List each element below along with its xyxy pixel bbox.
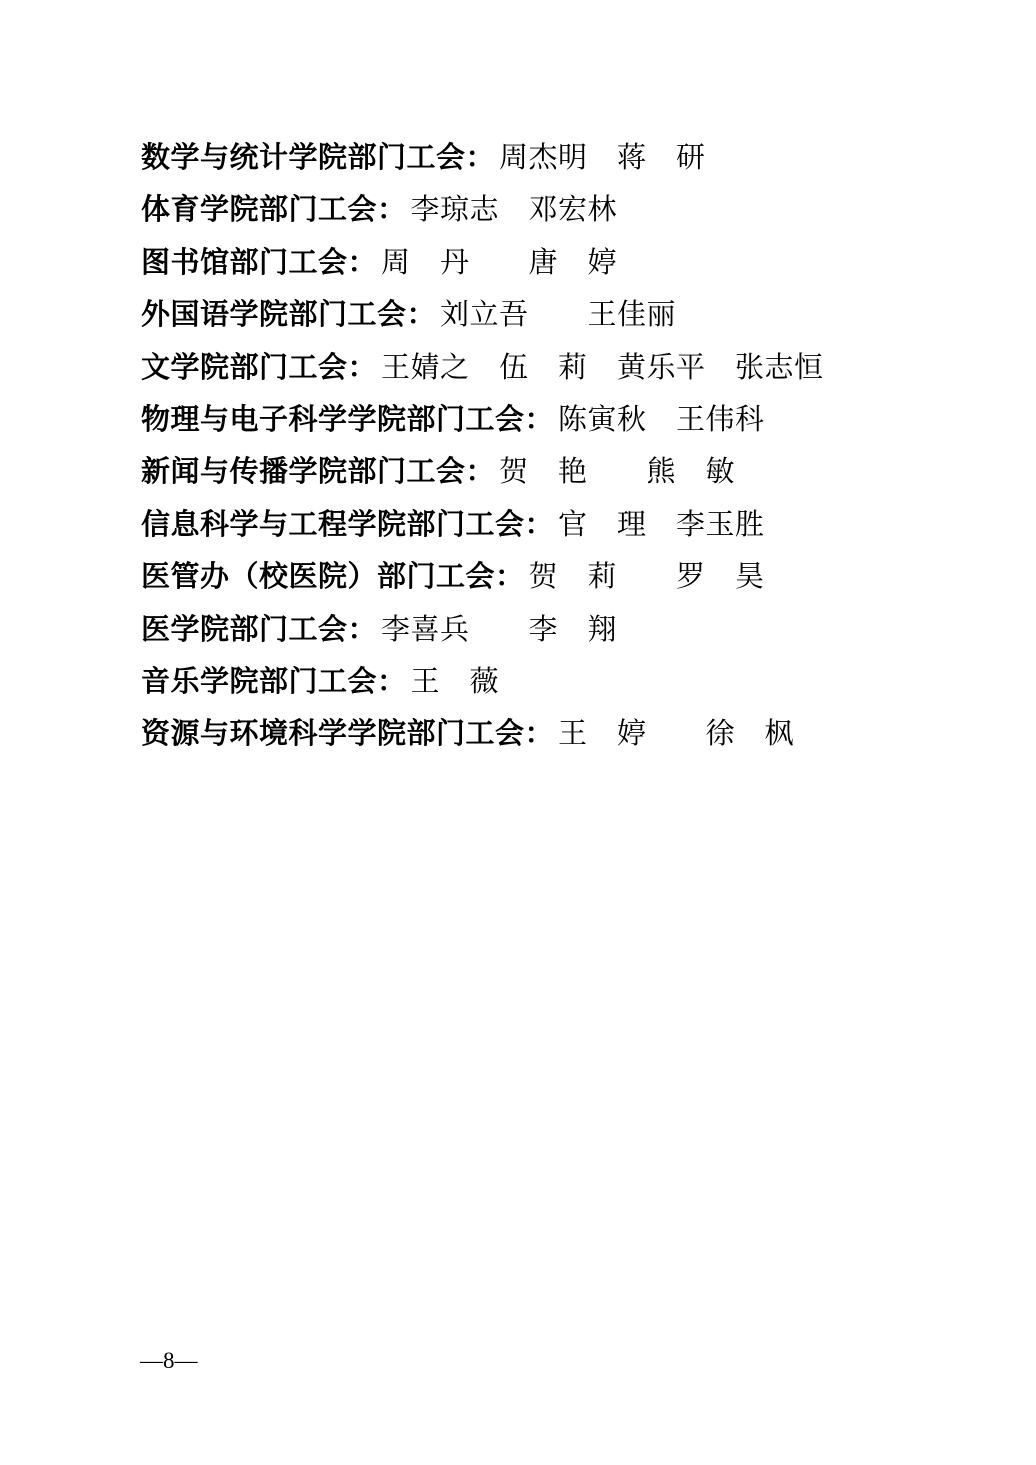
union-entry-row: 数学与统计学院部门工会：周杰明 蒋 研 bbox=[141, 132, 941, 184]
union-members: 陈寅秋 王伟科 bbox=[558, 404, 765, 436]
document-page: 数学与统计学院部门工会：周杰明 蒋 研 体育学院部门工会：李琼志 邓宏林 图书馆… bbox=[0, 0, 1036, 1465]
union-members: 李喜兵 李 翔 bbox=[381, 614, 617, 646]
union-label: 音乐学院部门工会： bbox=[141, 666, 407, 698]
union-label: 体育学院部门工会： bbox=[141, 194, 407, 226]
union-label: 医学院部门工会： bbox=[141, 614, 377, 646]
page-footer: —8— bbox=[140, 1348, 198, 1374]
union-label: 外国语学院部门工会： bbox=[141, 299, 436, 331]
union-entry-row: 音乐学院部门工会：王 薇 bbox=[141, 656, 941, 708]
union-entry-row: 外国语学院部门工会：刘立吾 王佳丽 bbox=[141, 289, 941, 341]
union-label: 信息科学与工程学院部门工会： bbox=[141, 509, 554, 541]
union-entry-row: 图书馆部门工会：周 丹 唐 婷 bbox=[141, 237, 941, 289]
union-members: 周杰明 蒋 研 bbox=[499, 142, 706, 174]
union-entry-row: 文学院部门工会：王婧之 伍 莉 黄乐平 张志恒 bbox=[141, 342, 941, 394]
union-members: 王 薇 bbox=[411, 666, 500, 698]
union-members: 王 婷 徐 枫 bbox=[558, 718, 794, 750]
union-label: 资源与环境科学学院部门工会： bbox=[141, 718, 554, 750]
union-label: 数学与统计学院部门工会： bbox=[141, 142, 495, 174]
union-label: 物理与电子科学学院部门工会： bbox=[141, 404, 554, 436]
union-member-list: 数学与统计学院部门工会：周杰明 蒋 研 体育学院部门工会：李琼志 邓宏林 图书馆… bbox=[141, 132, 941, 761]
union-entry-row: 新闻与传播学院部门工会：贺 艳 熊 敏 bbox=[141, 446, 941, 498]
union-entry-row: 医学院部门工会：李喜兵 李 翔 bbox=[141, 604, 941, 656]
union-entry-row: 物理与电子科学学院部门工会：陈寅秋 王伟科 bbox=[141, 394, 941, 446]
union-entry-row: 资源与环境科学学院部门工会：王 婷 徐 枫 bbox=[141, 708, 941, 760]
union-entry-row: 医管办（校医院）部门工会：贺 莉 罗 昊 bbox=[141, 551, 941, 603]
union-members: 周 丹 唐 婷 bbox=[381, 247, 617, 279]
union-members: 王婧之 伍 莉 黄乐平 张志恒 bbox=[381, 352, 824, 384]
union-members: 李琼志 邓宏林 bbox=[411, 194, 618, 226]
union-label: 图书馆部门工会： bbox=[141, 247, 377, 279]
union-members: 贺 莉 罗 昊 bbox=[529, 561, 765, 593]
page-number: —8— bbox=[140, 1348, 198, 1373]
union-members: 官 理 李玉胜 bbox=[558, 509, 765, 541]
union-label: 医管办（校医院）部门工会： bbox=[141, 561, 525, 593]
union-members: 刘立吾 王佳丽 bbox=[440, 299, 676, 331]
union-label: 文学院部门工会： bbox=[141, 352, 377, 384]
union-members: 贺 艳 熊 敏 bbox=[499, 456, 735, 488]
union-entry-row: 体育学院部门工会：李琼志 邓宏林 bbox=[141, 184, 941, 236]
union-entry-row: 信息科学与工程学院部门工会：官 理 李玉胜 bbox=[141, 499, 941, 551]
union-label: 新闻与传播学院部门工会： bbox=[141, 456, 495, 488]
